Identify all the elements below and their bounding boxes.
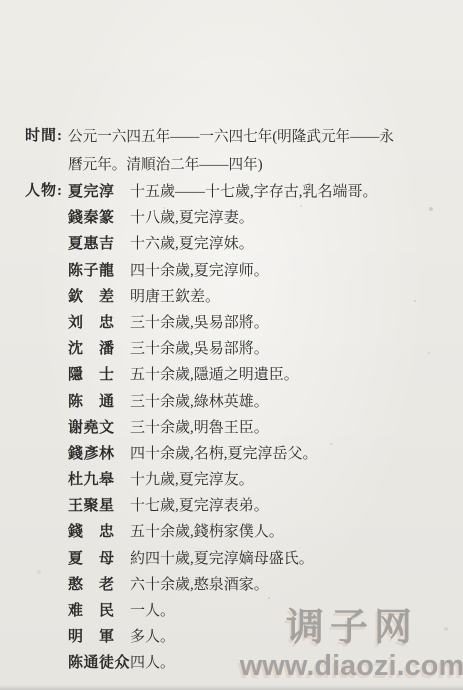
character-row: 憨 老 六十余歲,憨泉酒家。 (68, 572, 460, 598)
watermark-site-name: 调子网 (237, 608, 463, 648)
character-name: 欽 差 (68, 284, 130, 310)
character-description: 三十余歲,吳易部將。 (130, 310, 269, 336)
scanned-document-page: 时間: 公元一六四五年——一六四七年(明隆武元年——永 曆元年。清順治二年——四… (0, 0, 463, 690)
character-description: 三十余歲,吳易部將。 (130, 336, 269, 362)
time-section-text: 公元一六四五年——一六四七年(明隆武元年——永 曆元年。清順治二年——四年) (68, 124, 460, 179)
character-name: 錢秦篆 (68, 205, 130, 231)
character-row: 夏 母 約四十歲,夏完淳嫡母盛氏。 (68, 546, 460, 572)
character-row: 刘 忠 三十余歲,吳易部將。 (68, 310, 460, 336)
characters-section-label: 人物: (25, 179, 63, 200)
time-section-label: 时間: (25, 124, 63, 145)
character-row: 陈子龍 四十余歲,夏完淳师。 (68, 258, 460, 284)
character-name: 錢彥林 (68, 441, 130, 467)
character-description: 四十余歲,夏完淳师。 (130, 258, 269, 284)
character-description: 十七歲,夏完淳表弟。 (130, 493, 269, 519)
character-description: 十八歲,夏完淳妻。 (130, 205, 254, 231)
character-name: 陈子龍 (68, 258, 130, 284)
character-description: 四人。 (130, 650, 175, 676)
character-row: 夏惠吉 十六歲,夏完淳妹。 (68, 231, 460, 257)
character-description: 三十余歲,明魯王臣。 (130, 415, 269, 441)
character-description: 四十余歲,名栴,夏完淳岳父。 (130, 441, 318, 467)
character-row: 沈 潘 三十余歲,吳易部將。 (68, 336, 460, 362)
character-name: 杜九皋 (68, 467, 130, 493)
character-row: 夏完淳 十五歲——十七歲,字存古,乳名端哥。 (68, 179, 460, 205)
character-description: 五十余歲,隱遁之明遺臣。 (130, 362, 299, 388)
character-name: 隱 士 (68, 362, 130, 388)
character-name: 夏完淳 (68, 179, 130, 205)
character-name: 刘 忠 (68, 310, 130, 336)
character-description: 十六歲,夏完淳妹。 (130, 231, 254, 257)
character-description: 十九歲,夏完淳友。 (130, 467, 254, 493)
character-description: 五十余歲,錢栴家僕人。 (130, 519, 284, 545)
character-description: 多人。 (130, 624, 175, 650)
character-row: 錢 忠 五十余歲,錢栴家僕人。 (68, 519, 460, 545)
character-name: 陈通徒众 (68, 650, 130, 676)
character-name: 憨 老 (68, 572, 130, 598)
character-row: 錢秦篆 十八歲,夏完淳妻。 (68, 205, 460, 231)
character-description: 六十余歲,憨泉酒家。 (130, 572, 269, 598)
character-name: 难 民 (68, 598, 130, 624)
character-row: 欽 差 明唐王欽差。 (68, 284, 460, 310)
character-row: 杜九皋 十九歲,夏完淳友。 (68, 467, 460, 493)
character-name: 夏惠吉 (68, 231, 130, 257)
character-row: 錢彥林 四十余歲,名栴,夏完淳岳父。 (68, 441, 460, 467)
character-name: 沈 潘 (68, 336, 130, 362)
character-row: 谢堯文 三十余歲,明魯王臣。 (68, 415, 460, 441)
character-description: 十五歲——十七歲,字存古,乳名端哥。 (130, 179, 378, 205)
character-name: 夏 母 (68, 546, 130, 572)
character-name: 王聚星 (68, 493, 130, 519)
character-name: 陈 通 (68, 389, 130, 415)
watermark: 调子网 www.diaozi.com (237, 608, 463, 682)
time-line-2: 曆元年。清順治二年——四年) (68, 152, 460, 180)
character-list: 夏完淳 十五歲——十七歲,字存古,乳名端哥。 錢秦篆 十八歲,夏完淳妻。 夏惠吉… (68, 179, 460, 677)
character-description: 明唐王欽差。 (130, 284, 220, 310)
scan-noise-specks (0, 0, 2, 2)
time-line-1: 公元一六四五年——一六四七年(明隆武元年——永 (68, 124, 460, 152)
character-description: 三十余歲,綠林英雄。 (130, 389, 269, 415)
character-row: 陈 通 三十余歲,綠林英雄。 (68, 389, 460, 415)
character-name: 谢堯文 (68, 415, 130, 441)
watermark-site-url: www.diaozi.com (237, 650, 463, 682)
character-name: 明 軍 (68, 624, 130, 650)
character-row: 隱 士 五十余歲,隱遁之明遺臣。 (68, 362, 460, 388)
character-description: 約四十歲,夏完淳嫡母盛氏。 (130, 546, 314, 572)
character-row: 王聚星 十七歲,夏完淳表弟。 (68, 493, 460, 519)
character-name: 錢 忠 (68, 519, 130, 545)
character-description: 一人。 (130, 598, 175, 624)
